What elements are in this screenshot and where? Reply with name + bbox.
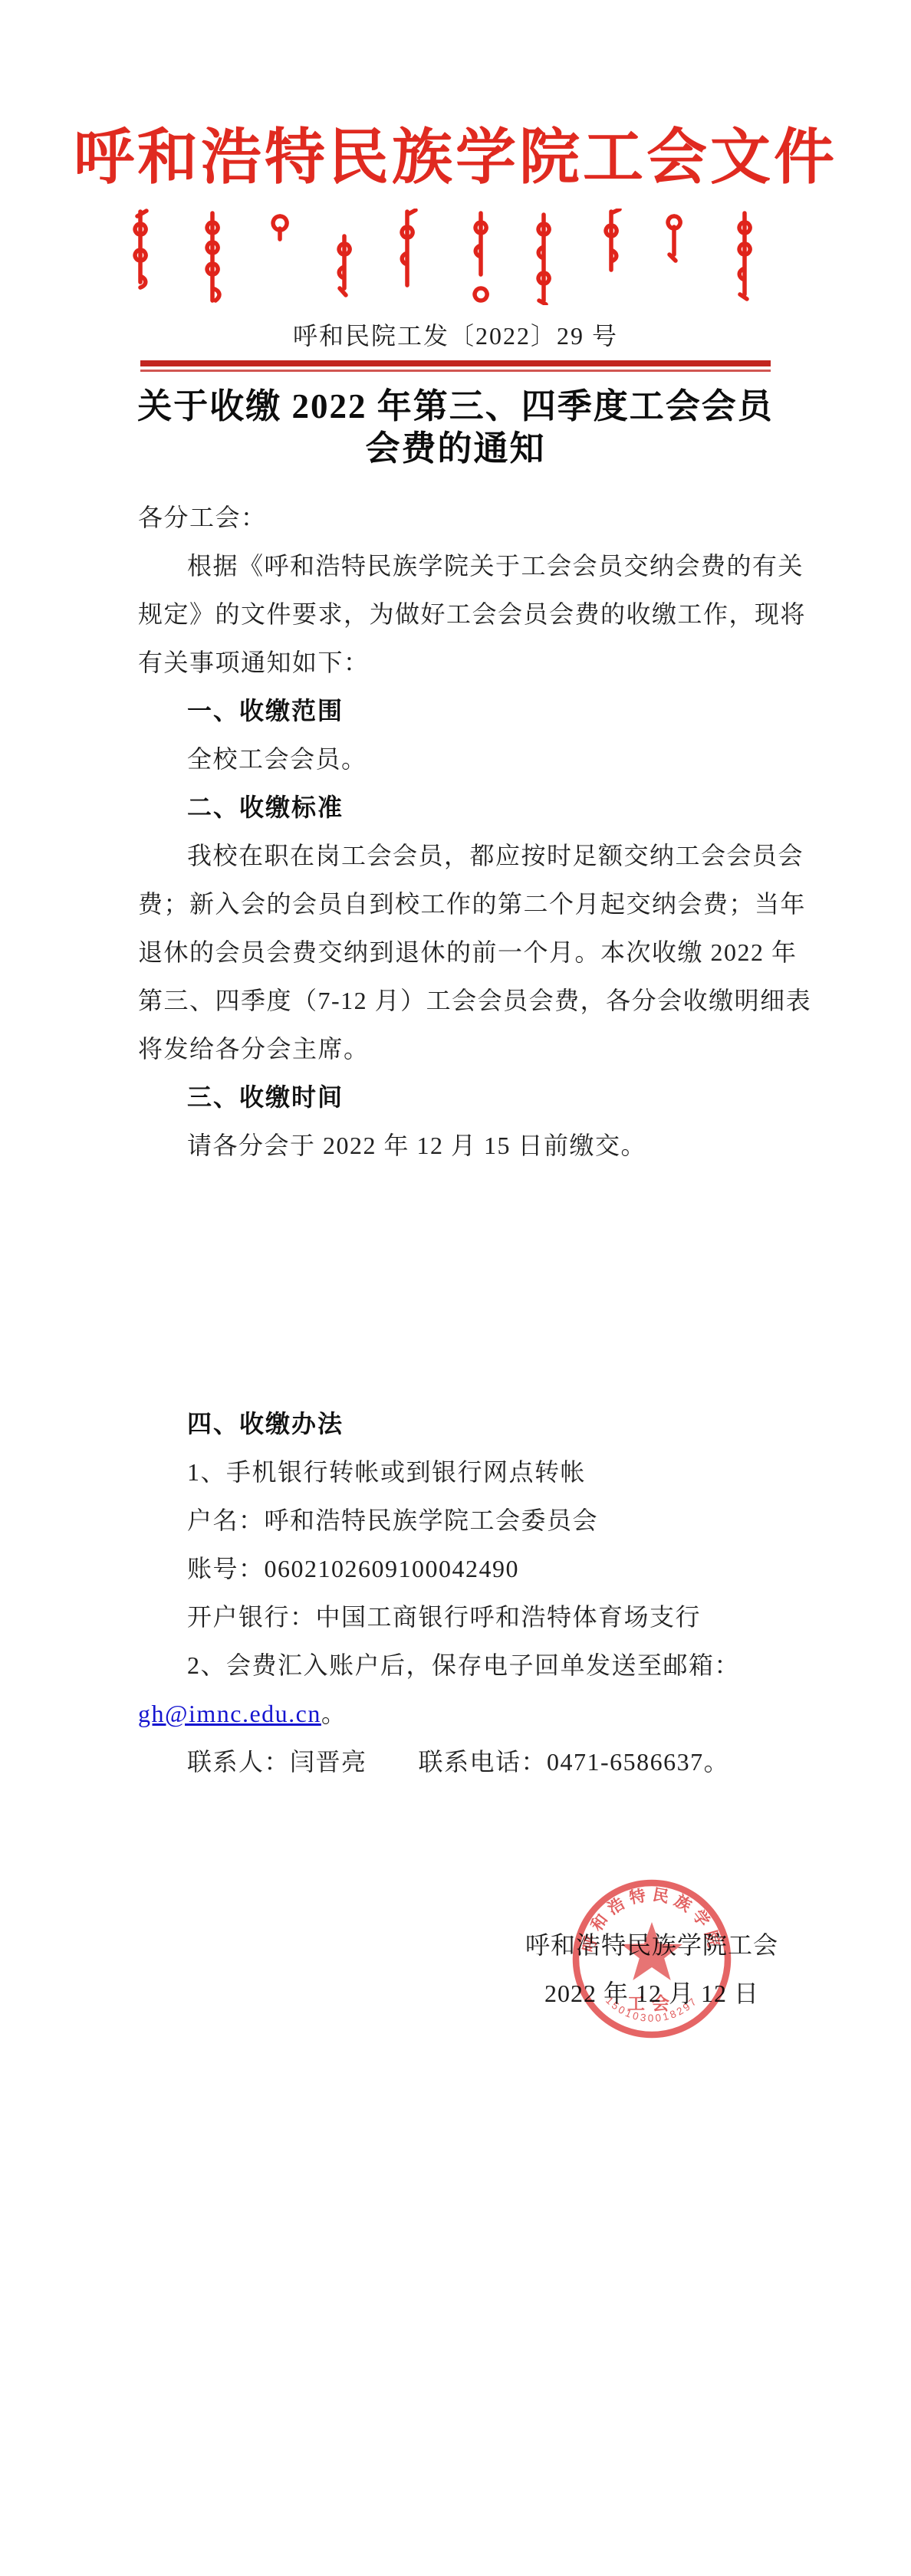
official-document-page: 呼和浩特民族学院工会文件 呼和民院工发〔2022〕29 号 关于收缴 2022 … [0,0,911,2576]
red-rule [140,360,771,366]
body-line: 将发给各分会主席。 [138,1032,370,1066]
body-line: 根据《呼和浩特民族学院关于工会会员交纳会费的有关 [187,549,804,583]
star-icon [621,1922,682,1980]
body-line: 2、会费汇入账户后，保存电子回单发送至邮箱： [187,1648,740,1682]
letterhead-org-title: 呼和浩特民族学院工会文件 [0,127,911,191]
body-line: 规定》的文件要求，为做好工会会员会费的收缴工作，现将 [138,597,806,631]
body-line: 退休的会员会费交纳到退休的前一个月。本次收缴 2022 年 [138,935,798,969]
section-heading-2: 二、收缴标准 [187,790,344,824]
mongolian-script-icon [114,209,797,305]
section-heading-4: 四、收缴办法 [187,1407,344,1441]
document-title-line1: 关于收缴 2022 年第三、四季度工会会员 [0,385,911,428]
body-line: 我校在职在岗工会会员，都应按时足额交纳工会会员会 [187,839,804,872]
email-link[interactable]: gh@imnc.edu.cn [138,1700,321,1727]
body-line: 第三、四季度（7-12 月）工会会员会费，各分会收缴明细表 [138,984,811,1017]
body-line: 全校工会会员。 [187,742,367,776]
body-line: 有关事项通知如下： [138,646,370,679]
salutation: 各分工会： [138,501,267,534]
body-line: 费；新入会的会员自到校工作的第二个月起交纳会费；当年 [138,887,806,921]
document-title-line2: 会费的通知 [0,427,911,470]
email-suffix: 。 [321,1700,347,1727]
account-number-line: 账号：0602102609100042490 [187,1552,519,1585]
body-line: 1、手机银行转帐或到银行网点转帐 [187,1455,586,1489]
body-line: 请各分会于 2022 年 12 月 15 日前缴交。 [187,1129,646,1162]
section-heading-3: 三、收缴时间 [187,1080,344,1114]
official-seal: 呼和浩特民族学院 工会 1501030018297 [551,1859,753,2062]
contact-line: 联系人：闫晋亮 联系电话：0471-6586637。 [187,1745,729,1779]
account-name-line: 户名：呼和浩特民族学院工会委员会 [187,1503,598,1537]
email-line: gh@imnc.edu.cn。 [138,1697,347,1730]
document-number: 呼和民院工发〔2022〕29 号 [0,319,911,353]
red-rule-thin [140,370,771,372]
bank-line: 开户银行：中国工商银行呼和浩特体育场支行 [187,1600,701,1634]
section-heading-1: 一、收缴范围 [187,694,344,728]
